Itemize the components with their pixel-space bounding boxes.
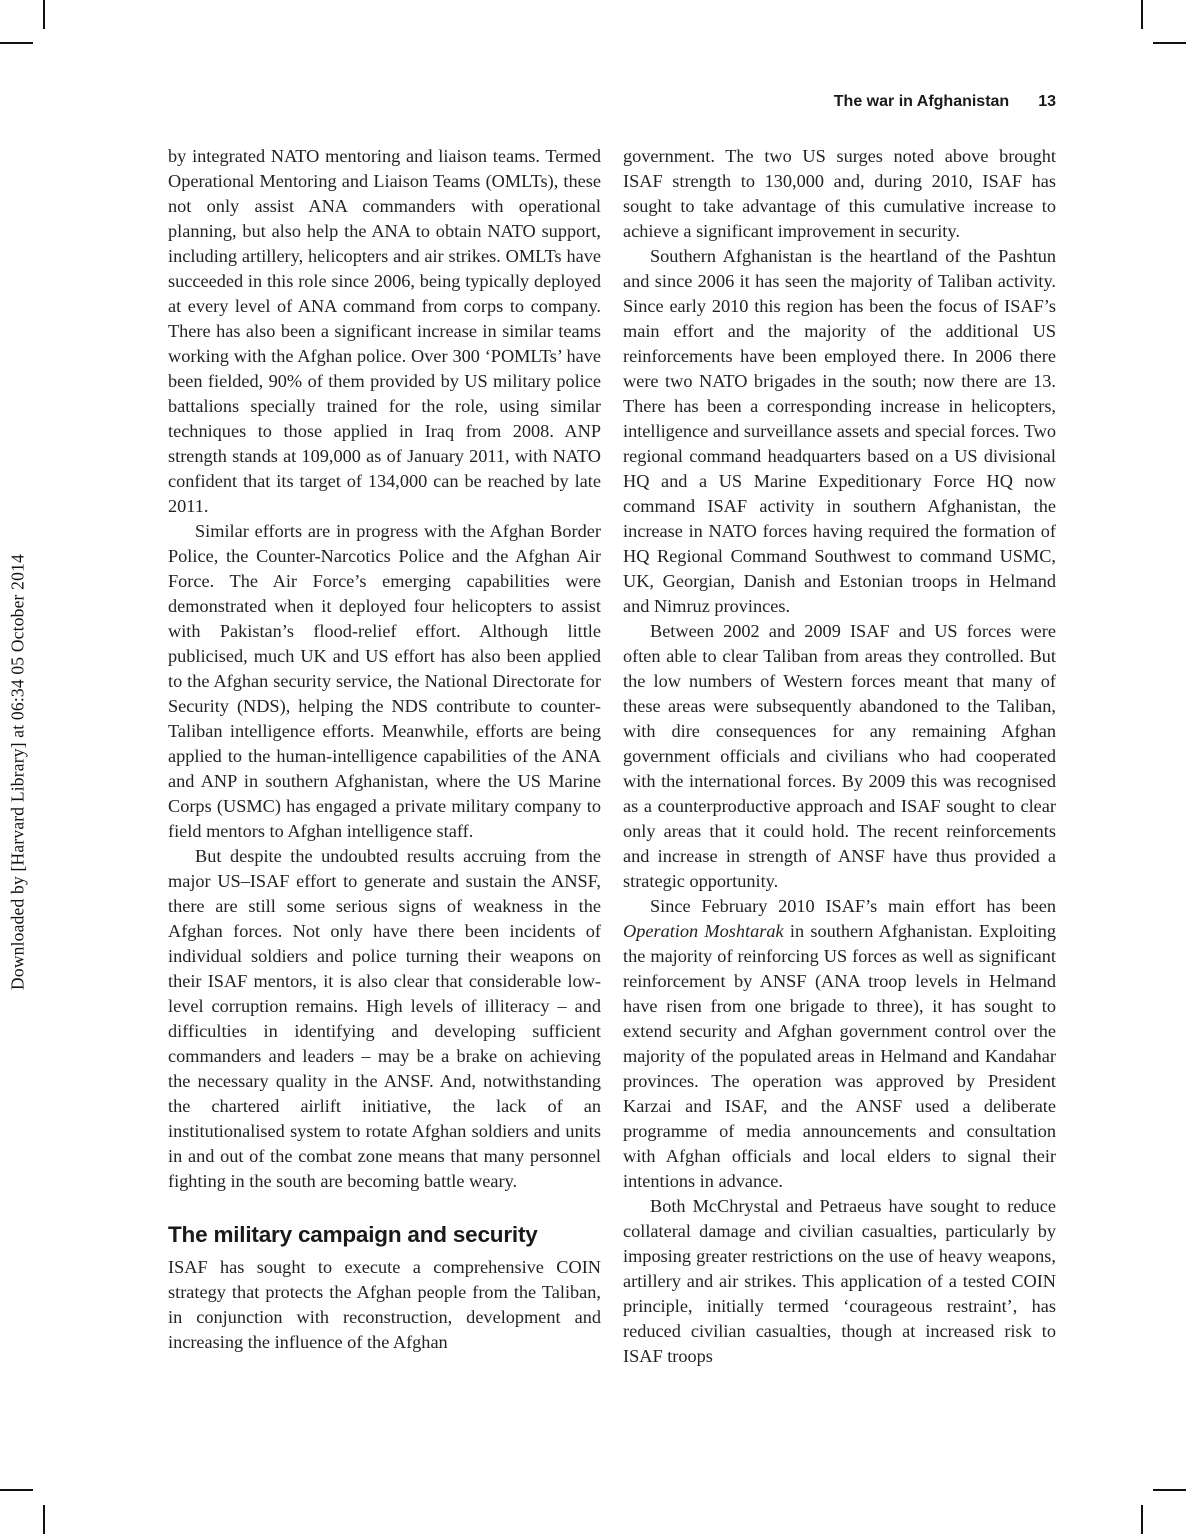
body-paragraph: by integrated NATO mentoring and liaison… (168, 144, 601, 519)
body-paragraph: government. The two US surges noted abov… (623, 144, 1056, 244)
body-paragraph: Southern Afghanistan is the heartland of… (623, 244, 1056, 619)
crop-mark-bottom-left-vertical (43, 1505, 45, 1534)
download-watermark: Downloaded by [Harvard Library] at 06:34… (8, 554, 29, 990)
left-column: by integrated NATO mentoring and liaison… (168, 144, 601, 1369)
body-columns: by integrated NATO mentoring and liaison… (168, 144, 1056, 1369)
paragraph-run: Since February 2010 ISAF’s main effort h… (650, 896, 1056, 916)
crop-mark-bottom-right-horizontal (1153, 1489, 1186, 1491)
right-column: government. The two US surges noted abov… (623, 144, 1056, 1369)
body-paragraph: Between 2002 and 2009 ISAF and US forces… (623, 619, 1056, 894)
body-paragraph: Since February 2010 ISAF’s main effort h… (623, 894, 1056, 1194)
crop-mark-top-left-vertical (43, 0, 45, 29)
crop-mark-top-left-horizontal (0, 42, 33, 44)
operation-name-italic: Operation Moshtarak (623, 921, 784, 941)
running-head-title: The war in Afghanistan (834, 93, 1009, 110)
crop-mark-bottom-left-horizontal (0, 1489, 33, 1491)
paragraph-run: in southern Afghanistan. Exploiting the … (623, 921, 1056, 1191)
body-paragraph: Similar efforts are in progress with the… (168, 519, 601, 844)
page-number: 13 (1038, 93, 1056, 110)
running-head: The war in Afghanistan13 (168, 93, 1056, 111)
body-paragraph: ISAF has sought to execute a comprehensi… (168, 1255, 601, 1355)
document-page: Downloaded by [Harvard Library] at 06:34… (0, 0, 1186, 1534)
section-heading: The military campaign and security (168, 1223, 601, 1248)
crop-mark-bottom-right-vertical (1141, 1505, 1143, 1534)
body-paragraph: Both McChrystal and Petraeus have sought… (623, 1194, 1056, 1369)
crop-mark-top-right-horizontal (1153, 42, 1186, 44)
body-paragraph: But despite the undoubted results accrui… (168, 844, 601, 1194)
crop-mark-top-right-vertical (1141, 0, 1143, 29)
